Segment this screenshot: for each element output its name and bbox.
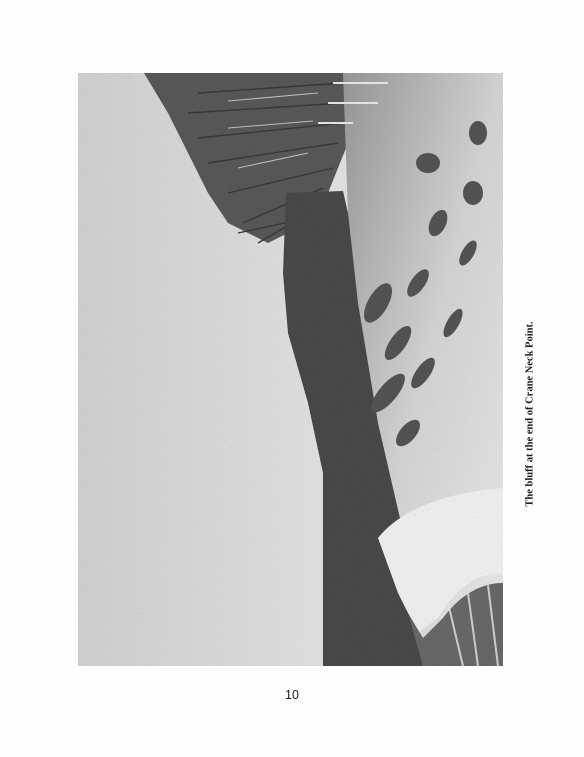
photo-caption: The bluff at the end of Crane Neck Point…: [525, 321, 536, 506]
bluff-photograph: [78, 73, 503, 666]
page-number: 10: [0, 688, 584, 702]
document-page: The bluff at the end of Crane Neck Point…: [0, 0, 584, 757]
photograph-image: [78, 73, 503, 666]
